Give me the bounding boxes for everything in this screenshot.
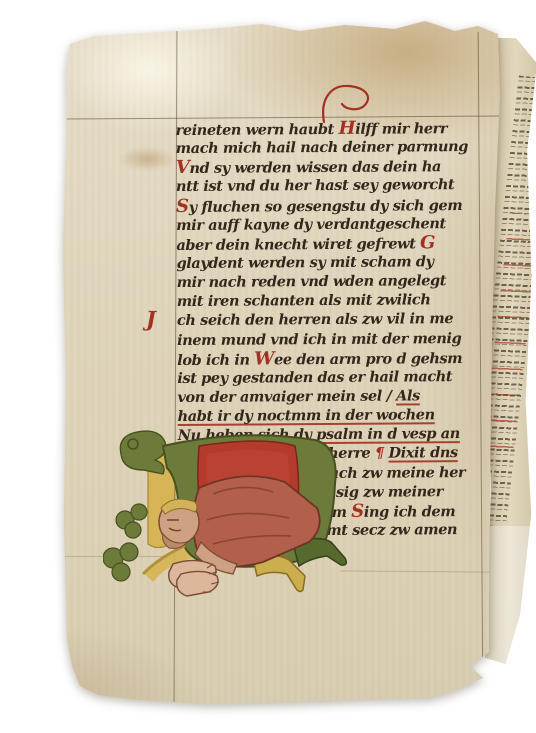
red-initial: W [254, 348, 274, 369]
red-initial: S [176, 196, 189, 217]
manuscript-line: lob ich in Wee den arm pro d gehsm [177, 348, 477, 369]
manuscript-photo: reineten wern haubt Hilff mir herrmach m… [0, 0, 536, 733]
text-run: ch seich den herren als zw vil in me [177, 311, 453, 330]
text-run: ee den arm pro d gehsm [274, 350, 462, 368]
text-run: glaydent werden sy mit scham dy [176, 253, 433, 272]
text-run: mach mich hail nach deiner parmung [176, 138, 468, 157]
parchment-stain [118, 147, 176, 171]
text-run: von der amvaiger mein sel / [177, 387, 396, 406]
parchment-leaf: reineten wern haubt Hilff mir herrmach m… [0, 0, 536, 733]
red-initial: V [176, 157, 190, 178]
manuscript-line: mir nach reden vnd wden angelegt [177, 271, 477, 292]
manuscript-line: Sy fluchen so gesengstu dy sich gem [176, 195, 476, 216]
manuscript-line: reineten wern haubt Hilff mir herr [176, 118, 476, 139]
manuscript-line: inem mund vnd ich in mit der menig [177, 328, 477, 349]
dragon-head-flourish [120, 431, 166, 474]
marginal-red-initial: J [146, 310, 156, 329]
manuscript-line: ntt ist vnd du her hast sey geworcht [176, 175, 476, 196]
text-run: ing ich dem [364, 503, 456, 521]
parchment-leaf-wrap: reineten wern haubt Hilff mir herrmach m… [0, 0, 536, 733]
manuscript-line: mach mich hail nach deiner parmung [176, 137, 476, 158]
text-run: mir auff kayne dy verdantgeschent [176, 215, 446, 234]
text-run: aber dein knecht wiret gefrewt [176, 235, 420, 254]
text-run: y fluchen so gesengstu dy sich gem [189, 197, 463, 216]
text-run: ¶ [375, 445, 389, 462]
bare-feet [169, 560, 219, 596]
illuminated-initial [103, 424, 363, 624]
text-run: nd sy werden wissen das dein ha [189, 158, 441, 177]
text-run: mit iren schanten als mit zwilich [177, 292, 431, 311]
manuscript-line: glaydent werden sy mit scham dy [176, 252, 476, 273]
text-run: ilff mir herr [355, 120, 447, 138]
manuscript-line: Jch seich den herren als zw vil in me [177, 309, 477, 330]
ruled-line-vertical-right [478, 32, 484, 696]
manuscript-line: von der amvaiger mein sel / Als [177, 386, 477, 407]
red-initial: H [338, 118, 355, 139]
manuscript-line: Vnd sy werden wissen das dein ha [176, 156, 476, 177]
text-run: habt ir dy noctmm in der wochen [178, 406, 435, 425]
text-run: Als [396, 387, 420, 404]
text-run: inem mund vnd ich in mit der menig [177, 330, 461, 349]
manuscript-line: aber dein knecht wiret gefrewt G [176, 233, 476, 254]
text-run: mir nach reden vnd wden angelegt [177, 272, 447, 291]
text-run: ist pey gestanden das er hail macht [177, 368, 452, 387]
text-run: ntt ist vnd du her hast sey geworcht [176, 177, 454, 196]
text-run: reineten wern haubt [176, 121, 339, 139]
manuscript-line: mit iren schanten als mit zwilich [177, 290, 477, 311]
manuscript-line: ist pey gestanden das er hail macht [177, 367, 477, 388]
red-initial: G [420, 232, 435, 253]
text-run: lob ich in [177, 351, 254, 369]
text-run: Dixit dns [388, 444, 457, 461]
parchment-crease [0, 0, 1, 140]
